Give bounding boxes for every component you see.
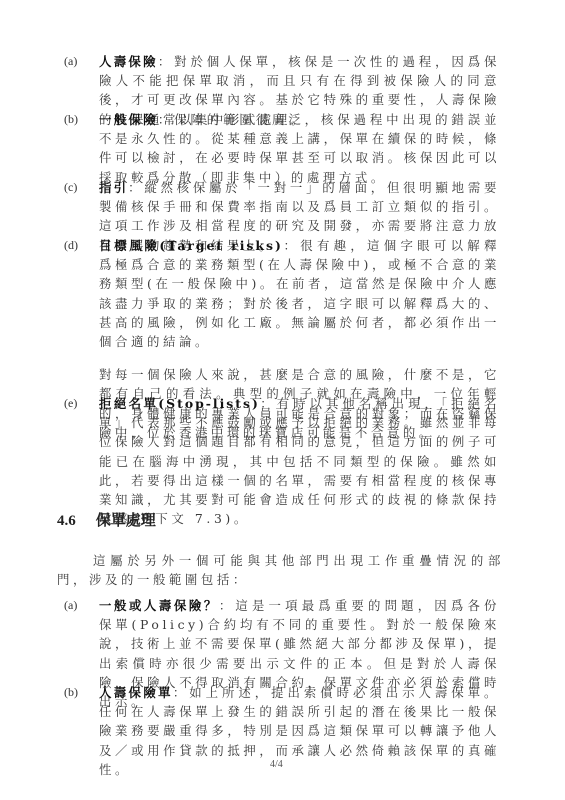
list-item-b-general-insurance: (b) 一般保險：保障的範圍很廣泛，核保過程中出現的錯誤並不是永久性的。從某種意… <box>64 110 504 187</box>
list-item-b-life-policy: (b) 人壽保險單：如上所述，提出索償時必須出示人壽保單。任何在人壽保單上發生的… <box>64 683 504 779</box>
item-label: (d) <box>64 236 78 255</box>
item-label: (a) <box>64 596 77 615</box>
item-label: (c) <box>64 178 77 197</box>
section-number: 4.6 <box>57 513 76 529</box>
item-term: 目標風險(Target risks) <box>99 238 283 253</box>
item-label: (e) <box>64 394 77 413</box>
item-text: ：保障的範圍很廣泛，核保過程中出現的錯誤並不是永久性的。從某種意義上講，保單在續… <box>99 112 500 185</box>
page-number: 4/4 <box>270 759 283 770</box>
section-title: 保單處理 <box>96 511 156 529</box>
item-term: 指引 <box>99 180 128 195</box>
item-label: (b) <box>64 683 78 702</box>
item-term: 人壽保險單 <box>99 685 173 700</box>
section-heading: 4.6保單處理 <box>57 509 156 530</box>
item-text: ：有時以其他名稱出現，「拒絕名單」代表那些不應鼓勵或應予以拒絕的業務。雖然並非每… <box>99 396 500 526</box>
item-text: ：很有趣，這個字眼可以解釋爲極爲合意的業務類型(在人壽保險中)，或極不合意的業務… <box>99 238 500 349</box>
item-term: 人壽保險 <box>99 54 158 69</box>
section-intro: 這屬於另外一個可能與其他部門出現工作重疊情況的部門，涉及的一般範圍包括： <box>57 551 504 589</box>
item-term: 拒絕名單(Stop-lists) <box>99 396 260 411</box>
item-term: 一般或人壽保險？ <box>99 598 219 613</box>
item-label: (b) <box>64 110 78 129</box>
item-term: 一般保險 <box>99 112 158 127</box>
item-label: (a) <box>64 52 77 71</box>
document-page: (a) 人壽保險：對於個人保單，核保是一次性的過程，因爲保險人不能把保單取消，而… <box>0 0 565 800</box>
